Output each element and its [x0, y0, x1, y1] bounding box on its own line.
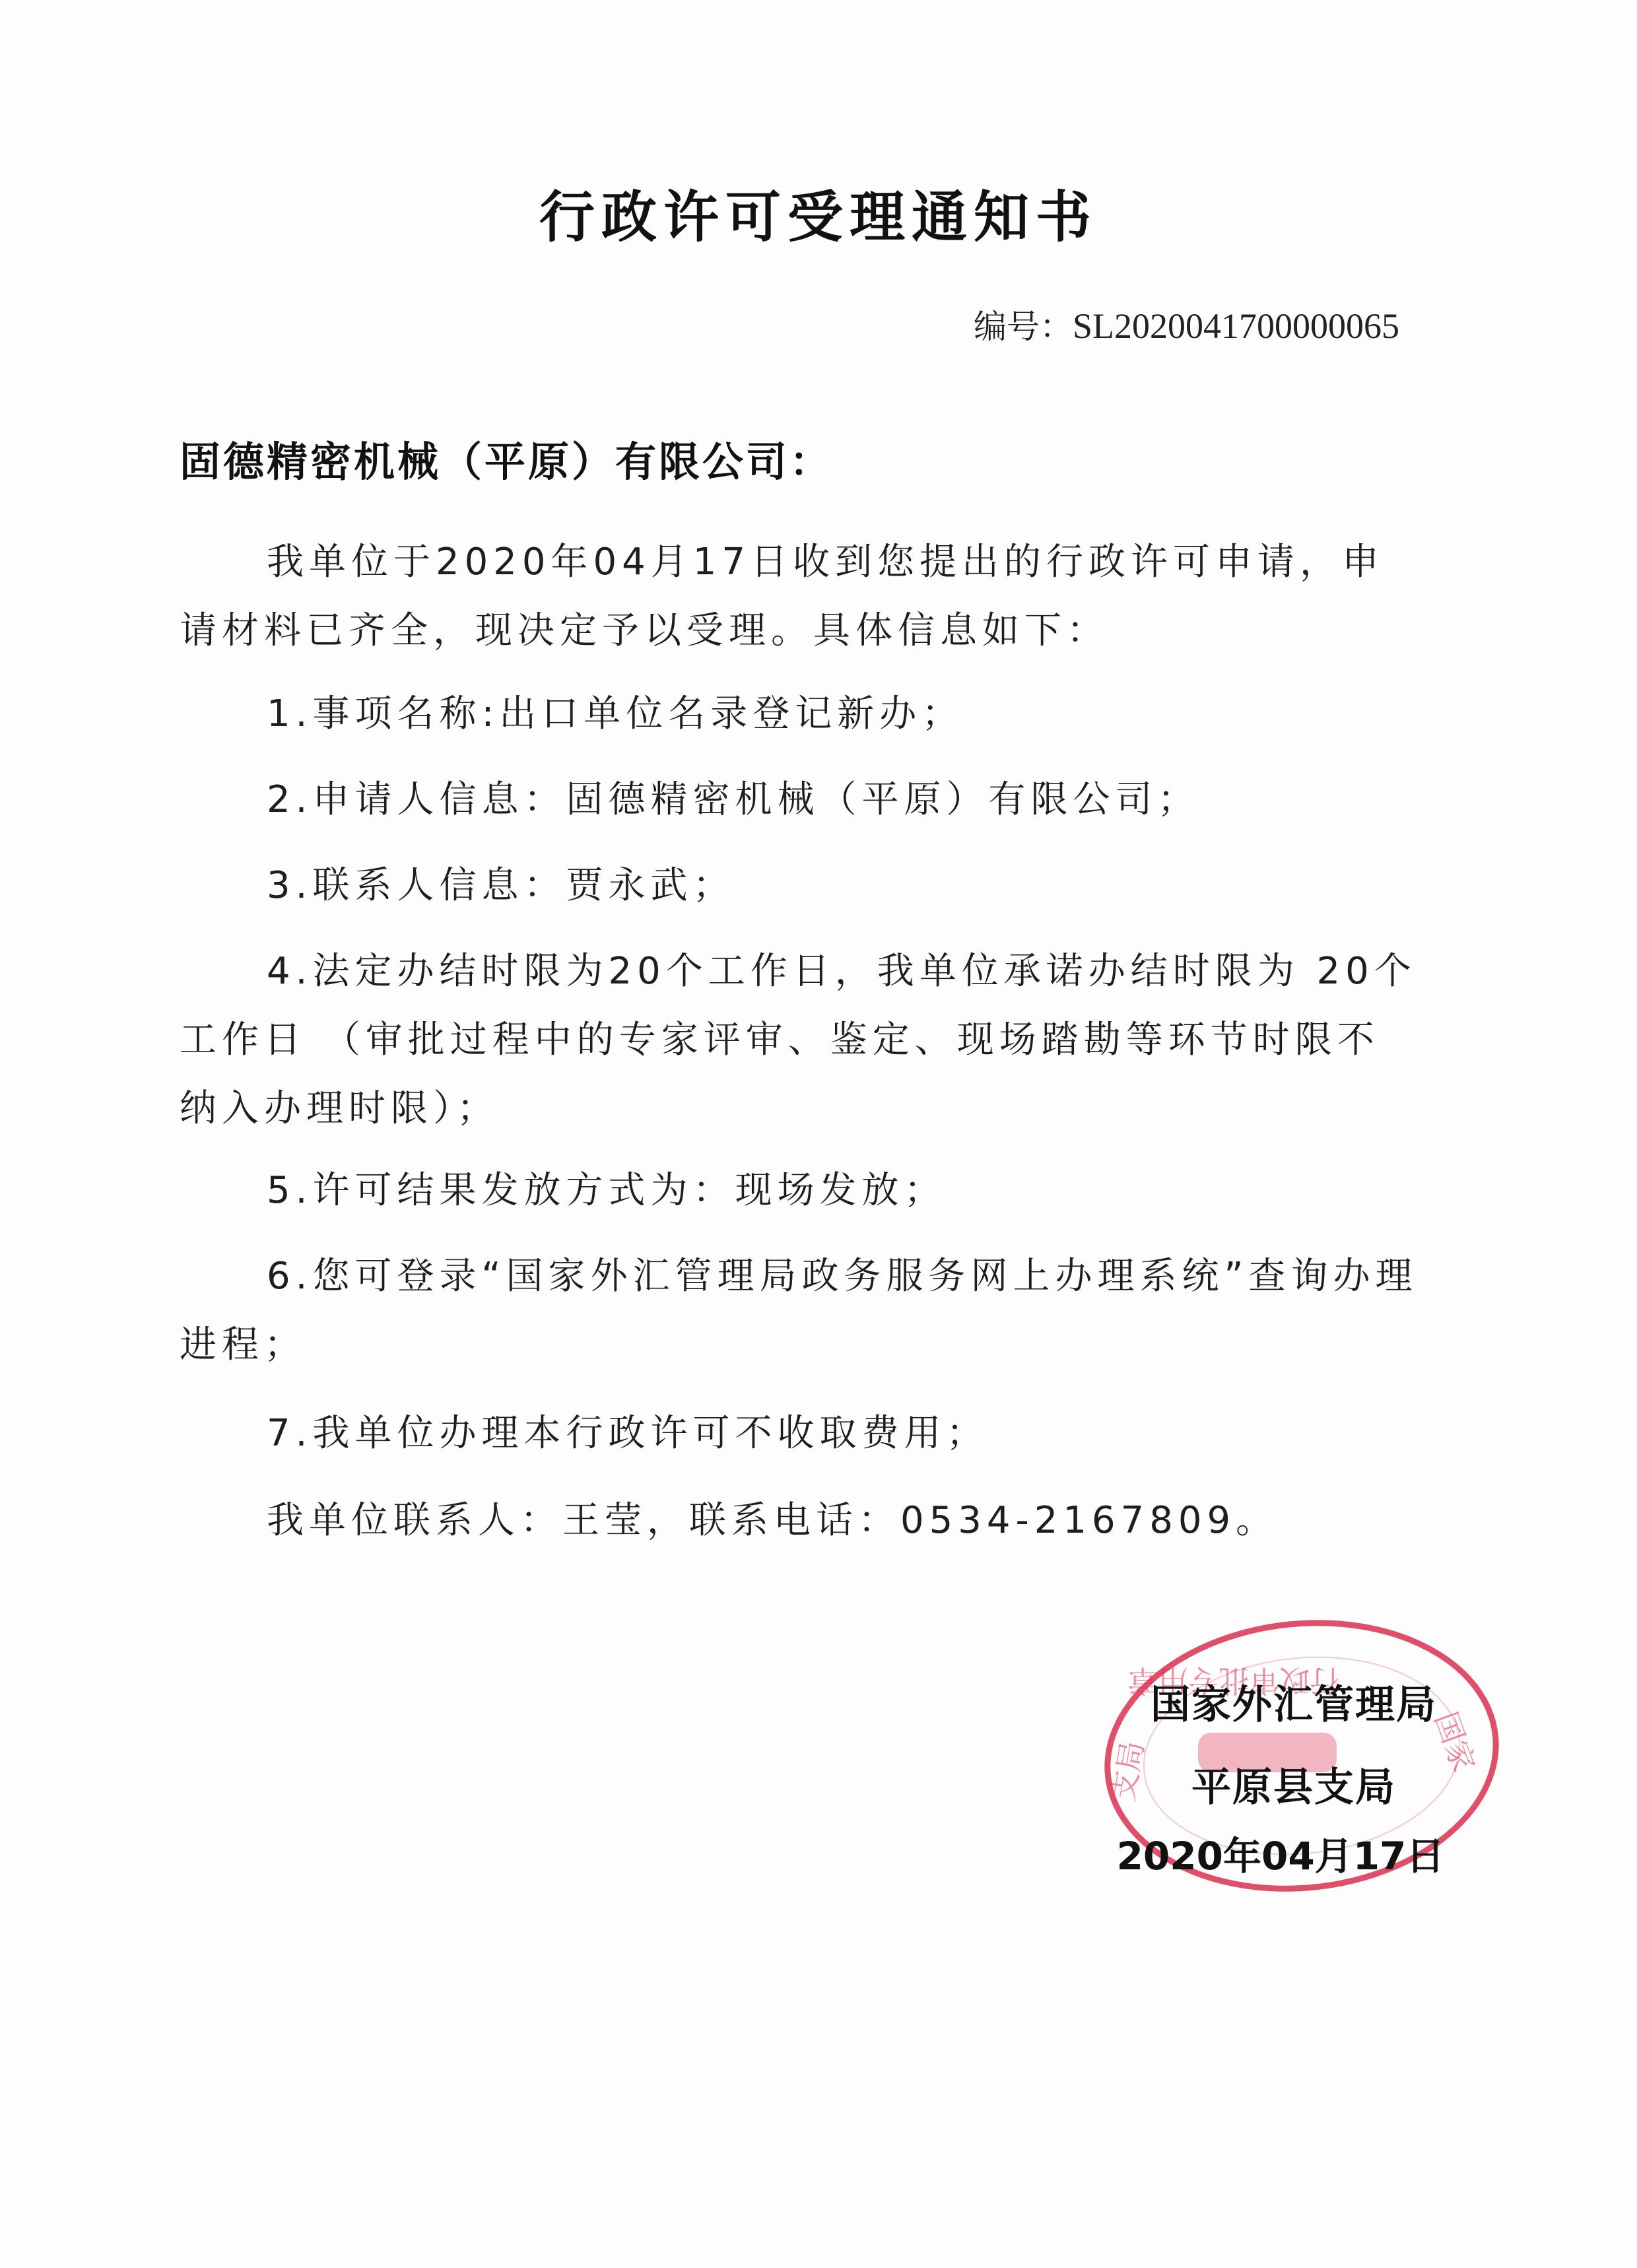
list-item-2: 2.申请人信息：固德精密机械（平原）有限公司； — [180, 766, 1420, 834]
item-text: 许可结果发放方式为：现场发放； — [312, 1169, 946, 1212]
list-item-6: 6.您可登录“国家外汇管理局政务服务网上办理系统”查询办理进程； — [180, 1242, 1420, 1380]
issuer-branch: 平原县支局 — [1083, 1756, 1505, 1813]
item-text: 法定办结时限为20个工作日，我单位承诺办结时限为 20个工作日 （审批过程中的专… — [180, 950, 1417, 1130]
list-item-5: 5.许可结果发放方式为：现场发放； — [180, 1156, 1420, 1225]
item-text: 申请人信息：固德精密机械（平原）有限公司； — [312, 778, 1199, 821]
item-text: 事项名称:出口单位名录登记新办； — [312, 692, 964, 735]
document-number-value: SL2020041700000065 — [1073, 306, 1399, 346]
item-text: 您可登录“国家外汇管理局政务服务网上办理系统”查询办理进程； — [180, 1255, 1417, 1366]
issue-date: 2020年04月17日 — [1069, 1825, 1492, 1881]
contact-paragraph: 我单位联系人：王莹，联系电话：0534-2167809。 — [180, 1486, 1420, 1555]
item-index: 6. — [267, 1255, 312, 1298]
issuer-name: 国家外汇管理局 — [1083, 1673, 1505, 1730]
intro-text: 我单位于2020年04月17日收到您提出的行政许可申请，申请材料已齐全，现决定予… — [180, 528, 1420, 665]
document-title: 行政许可受理通知书 — [0, 173, 1637, 253]
list-item-3: 3.联系人信息：贾永武； — [180, 851, 1420, 920]
item-index: 2. — [267, 778, 312, 821]
item-index: 5. — [267, 1169, 312, 1212]
contact-text: 我单位联系人：王莹，联系电话：0534-2167809。 — [180, 1486, 1420, 1555]
item-text: 我单位办理本行政许可不收取费用； — [312, 1412, 988, 1455]
item-index: 4. — [267, 950, 312, 993]
item-text: 联系人信息：贾永武； — [312, 864, 735, 907]
signature-block: 行政审批专用章 支局 国家 国家外汇管理局 平原县支局 2020年04月17日 — [1056, 1597, 1518, 1914]
list-item-7: 7.我单位办理本行政许可不收取费用； — [180, 1399, 1420, 1468]
intro-paragraph: 我单位于2020年04月17日收到您提出的行政许可申请，申请材料已齐全，现决定予… — [180, 528, 1420, 665]
item-index: 1. — [267, 692, 312, 735]
list-item-4: 4.法定办结时限为20个工作日，我单位承诺办结时限为 20个工作日 （审批过程中… — [180, 937, 1420, 1143]
item-index: 3. — [267, 864, 312, 907]
list-item-1: 1.事项名称:出口单位名录登记新办； — [180, 680, 1420, 749]
document-number: 编号：SL2020041700000065 — [974, 300, 1399, 348]
notice-page: 行政许可受理通知书 编号：SL2020041700000065 固德精密机械（平… — [0, 0, 1637, 2268]
item-index: 7. — [267, 1412, 312, 1455]
document-number-label: 编号： — [974, 308, 1073, 346]
addressee: 固德精密机械（平原）有限公司： — [180, 429, 833, 488]
